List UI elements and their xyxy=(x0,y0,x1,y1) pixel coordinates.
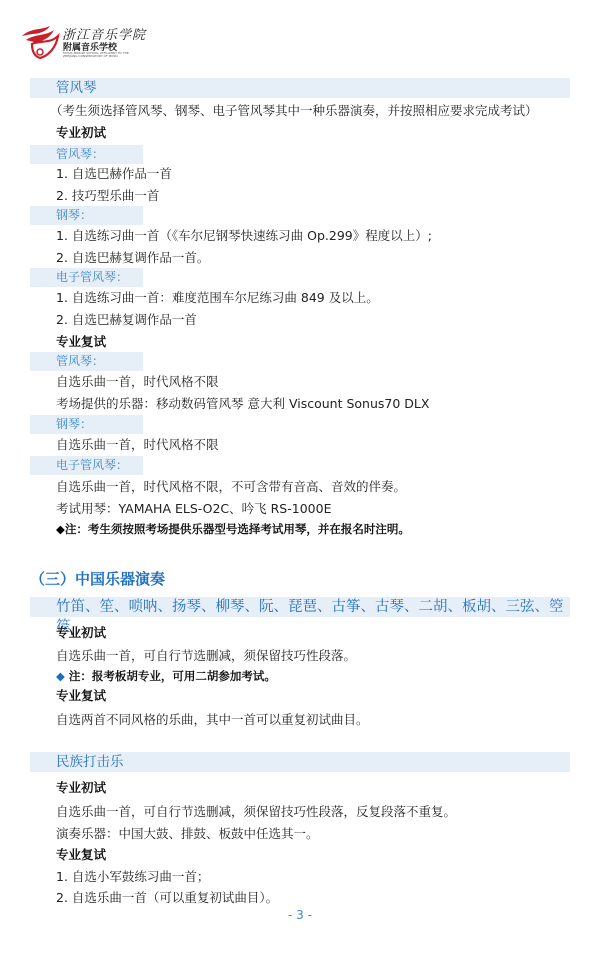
sub-label: 管风琴： xyxy=(56,145,104,164)
organ-note: ◆注：考生须按照考场提供乐器型号选择考试用琴，并在报名时注明。 xyxy=(56,519,410,539)
organ-retest-label: 专业复试 xyxy=(56,332,106,352)
list-item: 演奏乐器：中国大鼓、排鼓、板鼓中任选其一。 xyxy=(56,824,319,844)
chinese-prelim-text: 自选乐曲一首，可自行节选删减，须保留技巧性段落。 xyxy=(56,646,356,666)
organ-intro: （考生须选择管风琴、钢琴、电子管风琴其中一种乐器演奏，并按照相应要求完成考试） xyxy=(50,101,538,121)
list-item: 1. 自选练习曲一首（《车尔尼钢琴快速练习曲 Op.299》程度以上）; xyxy=(56,226,432,246)
logo-emblem-icon xyxy=(20,22,62,64)
page-number: - 3 - xyxy=(0,908,600,922)
organ-prelim-piano-label-bar: 钢琴： xyxy=(30,206,143,225)
chinese-note: ◆ 注：报考板胡专业，可用二胡参加考试。 xyxy=(56,666,276,686)
organ-prelim-label: 专业初试 xyxy=(56,123,106,143)
diamond-bullet-icon: ◆ xyxy=(56,522,65,536)
note-text: 注：报考板胡专业，可用二胡参加考试。 xyxy=(69,669,276,683)
percussion-prelim-label: 专业初试 xyxy=(56,778,106,798)
chinese-prelim-label: 专业初试 xyxy=(56,623,106,643)
percussion-retest-label: 专业复试 xyxy=(56,845,106,865)
list-item: 2. 技巧型乐曲一首 xyxy=(56,186,159,206)
list-item: 1. 自选小军鼓练习曲一首； xyxy=(56,867,209,887)
list-item: 自选乐曲一首，时代风格不限，不可含带有音高、音效的伴奏。 xyxy=(56,477,406,497)
list-item: 1. 自选练习曲一首：难度范围车尔尼练习曲 849 及以上。 xyxy=(56,288,379,308)
list-item: 自选乐曲一首，时代风格不限 xyxy=(56,435,219,455)
sub-label: 管风琴： xyxy=(56,352,104,371)
percussion-header-bar: 民族打击乐 xyxy=(30,752,570,772)
note-text: 注：考生须按照考场提供乐器型号选择考试用琴，并在报名时注明。 xyxy=(65,522,410,536)
list-item: 自选乐曲一首，可自行节选删减，须保留技巧性段落，反复段落不重复。 xyxy=(56,802,456,822)
sub-label: 电子管风琴： xyxy=(56,268,128,287)
organ-prelim-electone-label-bar: 电子管风琴： xyxy=(30,268,143,287)
sub-label: 钢琴： xyxy=(56,415,92,434)
school-logo: 浙江音乐学院 附属音乐学校 MUSIC MIDDLE SCHOOL AFFILI… xyxy=(20,22,150,64)
organ-title: 管风琴 xyxy=(56,78,97,98)
logo-english: MUSIC MIDDLE SCHOOL AFFILIATED TO THE ZH… xyxy=(63,52,143,58)
list-item: 1. 自选巴赫作品一首 xyxy=(56,164,172,184)
sub-label: 钢琴： xyxy=(56,206,92,225)
organ-prelim-pipe-label-bar: 管风琴： xyxy=(30,145,143,164)
chinese-instruments-bar: 竹笛、笙、唢呐、扬琴、柳琴、阮、琵琶、古筝、古琴、二胡、板胡、三弦、箜篌 xyxy=(30,597,570,617)
percussion-title: 民族打击乐 xyxy=(56,752,124,772)
list-item: 2. 自选乐曲一首（可以重复初试曲目）。 xyxy=(56,888,278,908)
section-title-chinese-instruments: （三）中国乐器演奏 xyxy=(30,569,165,589)
organ-retest-electone-label-bar: 电子管风琴： xyxy=(30,456,143,475)
list-item: 2. 自选巴赫复调作品一首。 xyxy=(56,248,209,268)
list-item: 考场提供的乐器：移动数码管风琴 意大利 Viscount Sonus70 DLX xyxy=(56,394,429,414)
list-item: 考试用琴：YAMAHA ELS-O2C、吟飞 RS-1000E xyxy=(56,499,331,519)
organ-header-bar: 管风琴 xyxy=(30,78,570,98)
sub-label: 电子管风琴： xyxy=(56,456,128,475)
chinese-retest-text: 自选两首不同风格的乐曲，其中一首可以重复初试曲目。 xyxy=(56,710,369,730)
chinese-retest-label: 专业复试 xyxy=(56,686,106,706)
list-item: 2. 自选巴赫复调作品一首 xyxy=(56,310,197,330)
instrument-list: 竹笛、笙、唢呐、扬琴、柳琴、阮、琵琶、古筝、古琴、二胡、板胡、三弦、箜篌 xyxy=(56,597,570,637)
diamond-bullet-icon: ◆ xyxy=(56,669,65,683)
organ-retest-piano-label-bar: 钢琴： xyxy=(30,415,143,434)
organ-retest-pipe-label-bar: 管风琴： xyxy=(30,352,143,371)
list-item: 自选乐曲一首，时代风格不限 xyxy=(56,372,219,392)
